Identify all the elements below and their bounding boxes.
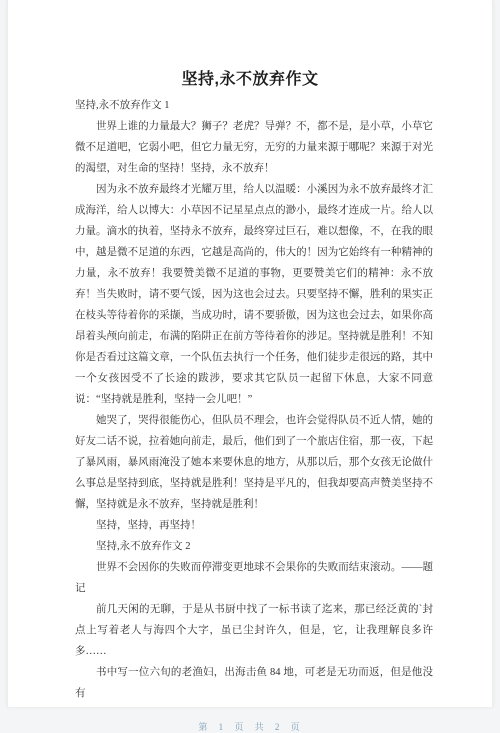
- paragraph: 世界不会因你的失败而停滞变更地球不会果你的失败而结束滚动。——题记: [75, 557, 433, 599]
- paragraph: 书中写一位六旬的老渔妇，出海击鱼 84 地，可老是无功而返，但是他没有: [75, 662, 433, 704]
- paragraph: 前几天闲的无聊，于是从书厨中找了一标书读了迄来，那已经泛黄的`封点上写着老人与海…: [75, 599, 433, 662]
- document-page: 坚持,永不放弃作文 坚持,永不放弃作文 1世界上谁的力量最大？狮子？老虎？导弹？…: [7, 0, 493, 707]
- paragraph: 世界上谁的力量最大？狮子？老虎？导弹？不，都不是，是小草，小草它微不足道吧，它弱…: [75, 116, 433, 179]
- paragraph: 坚持,永不放弃作文 1: [75, 95, 433, 116]
- paragraph: 坚持，坚持，再坚持！: [75, 515, 433, 536]
- document-title: 坚持,永不放弃作文: [8, 0, 492, 92]
- document-body: 坚持,永不放弃作文 1世界上谁的力量最大？狮子？老虎？导弹？不，都不是，是小草，…: [8, 92, 492, 704]
- paragraph: 她哭了，哭得很能伤心，但队员不理会，也许会觉得队员不近人情，她的好友二话不说，拉…: [75, 410, 433, 515]
- paragraph: 因为永不放弃最终才光耀万里，给人以温暖：小溪因为永不放弃最终才汇成海洋，给人以博…: [75, 179, 433, 410]
- paragraph: 坚持,永不放弃作文 2: [75, 536, 433, 557]
